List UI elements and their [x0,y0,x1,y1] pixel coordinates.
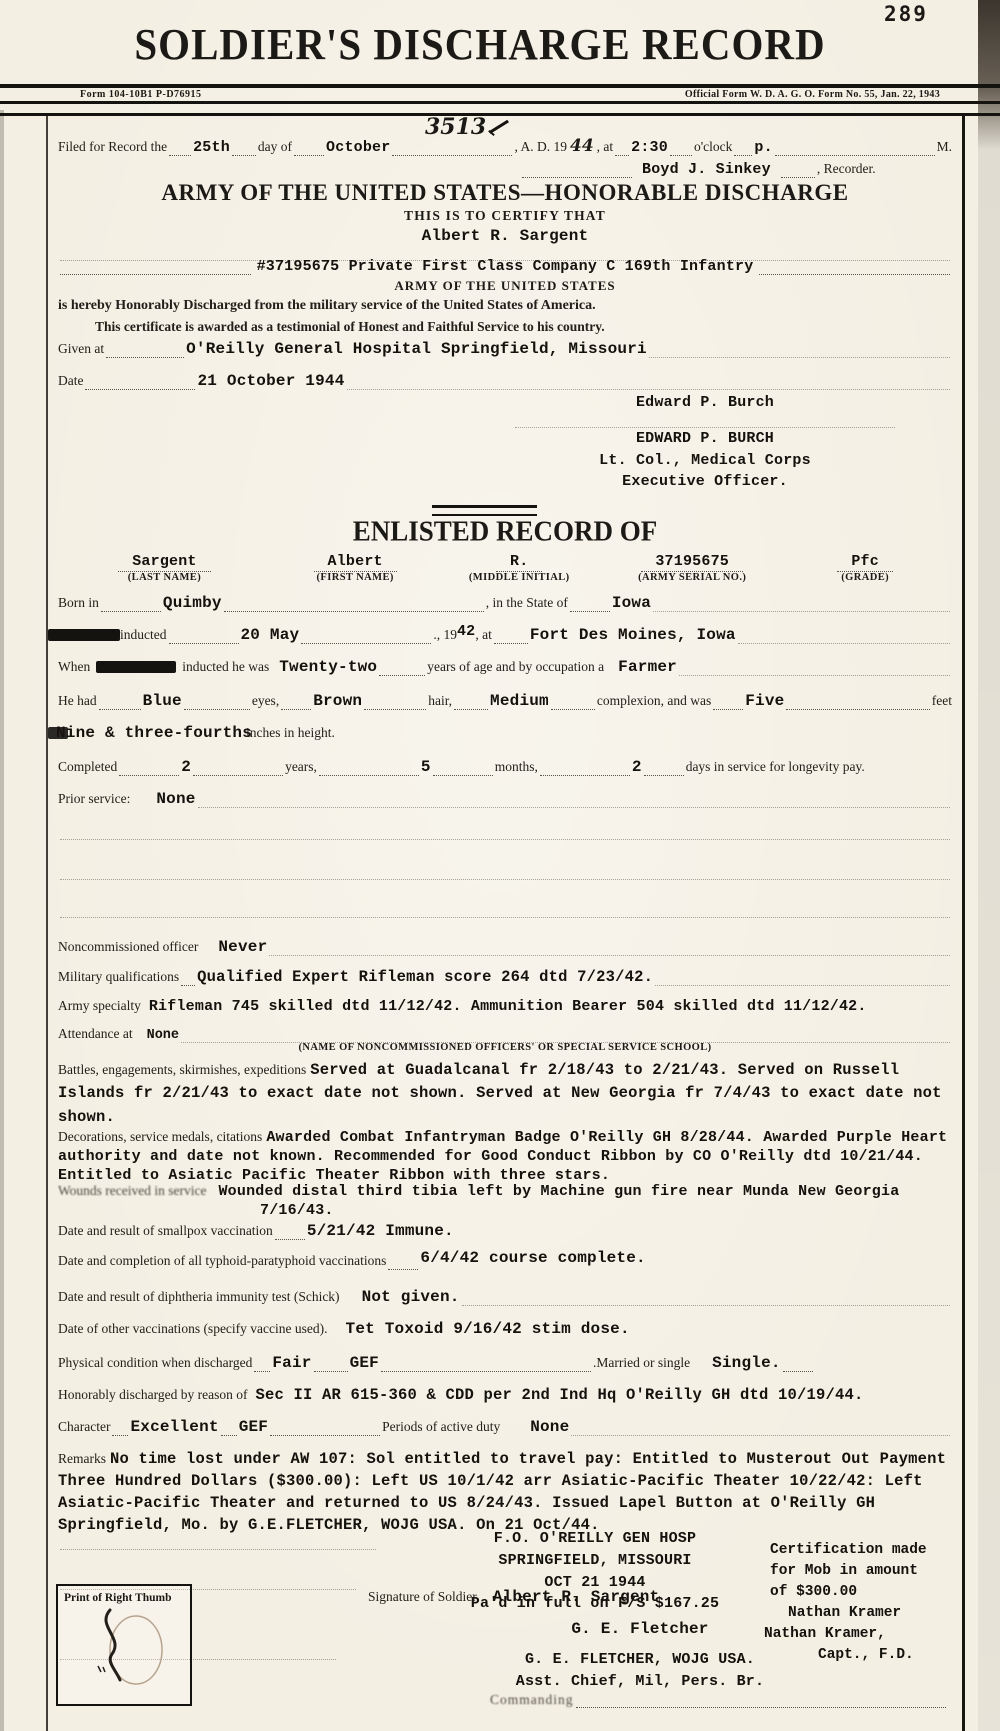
army-of-us-text: ARMY OF THE UNITED STATES [394,278,615,294]
stamp-line-2: SPRINGFIELD, MISSOURI [430,1550,760,1572]
filed-label: Filed for Record the [58,139,167,155]
typhoid-label: Date and completion of all typhoid-parat… [58,1253,386,1269]
dotted-leader [515,414,895,428]
battles-label: Battles, engagements, skirmishes, expedi… [58,1062,306,1077]
dotted-leader [60,1536,376,1550]
redaction-mark [48,629,120,641]
dotted-leader [270,1422,380,1436]
dotted-leader [85,376,195,390]
form-number-right: Official Form W. D. A. G. O. Form No. 55… [685,89,940,100]
dotted-leader [551,696,595,710]
active-duty-value: None [530,1418,569,1436]
dotted-leader [392,142,512,156]
dotted-leader [281,696,311,710]
married-value: Single. [712,1354,781,1372]
field-serial-no: 37195675 (ARMY SERIAL NO.) [599,552,785,583]
soldier-signature: Albert R. Sargent [493,1588,660,1606]
diphtheria-label: Date and result of diphtheria immunity t… [58,1289,340,1305]
dotted-leader [759,261,950,275]
testimonial-text: This certificate is awarded as a testimo… [95,319,605,335]
at-place-label: , at [475,627,492,643]
filed-for-record-row: Filed for Record the 25th day of October… [58,136,952,156]
border-line-right [962,116,965,1731]
certify-line: THIS IS TO CERTIFY THAT [58,208,952,224]
dotted-leader [433,762,493,776]
officer-name: EDWARD P. BURCH [470,428,940,450]
signature-of-soldier-label: Signature of Soldier [368,1589,477,1605]
years-value: 2 [181,758,191,776]
dotted-line [58,1536,378,1550]
officer-role: Executive Officer. [470,471,940,493]
fletcher-signature-block: G. E. Fletcher G. E. FLETCHER, WOJG USA.… [430,1618,850,1693]
certificate-heading: ARMY OF THE UNITED STATES—HONORABLE DISC… [58,180,952,206]
dotted-leader [644,762,684,776]
thumb-print-box: Print of Right Thumb [56,1584,192,1706]
dotted-leader [184,696,250,710]
stamp-line-1: F.O. O'REILLY GEN HOSP [430,1528,760,1550]
born-in-label: Born in [58,595,99,611]
dotted-leader [106,344,184,358]
certificate-heading-text: ARMY OF THE UNITED STATES—HONORABLE DISC… [161,180,848,206]
character-row: Character Excellent GEF Periods of activ… [58,1418,952,1436]
active-duty-label: Periods of active duty [382,1419,500,1435]
dotted-leader [294,142,324,156]
dotted-leader [254,1358,270,1372]
form-number-left: Form 104-10B1 P-D76915 [80,89,202,100]
dotted-leader [781,164,815,178]
soldier-name: Albert R. Sargent [422,227,589,245]
first-name-value: Albert [314,553,397,572]
army-of-us-row: ARMY OF THE UNITED STATES [58,278,952,294]
discharge-reason-row: Honorably discharged by reason of Sec II… [58,1386,952,1404]
field-grade: Pfc (GRADE) [785,552,945,583]
first-name-label: (FIRST NAME) [271,572,440,583]
date-label: Date [58,373,83,389]
dotted-leader [775,142,935,156]
hair-value: Brown [313,692,362,710]
filed-day: 25th [193,139,230,156]
prior-service-label: Prior service: [58,791,130,807]
middle-initial-label: (MIDDLE INITIAL) [439,572,599,583]
typhoid-row: Date and completion of all typhoid-parat… [58,1252,952,1270]
married-label: .Married or single [593,1355,690,1371]
nco-value: Never [218,938,267,956]
age-value: Twenty-two [279,658,377,676]
last-name-value: Sargent [118,553,210,572]
dotted-leader [713,696,743,710]
redaction-mark [96,661,176,673]
military-qualifications-label: Military qualifications [58,969,179,985]
dotted-leader [655,972,950,986]
fletcher-title: Asst. Chief, Mil, Pers. Br. [430,1671,850,1693]
at-label: , at [597,139,614,155]
dotted-leader [112,1422,128,1436]
inducted-he-was-label: inducted he was [182,659,269,675]
day-of-label: day of [258,139,292,155]
dotted-leader [571,1422,950,1436]
military-qualifications-row: Military qualifications Qualified Expert… [58,968,952,986]
soldier-name-row: Albert R. Sargent [58,227,952,245]
smallpox-row: Date and result of smallpox vaccination … [58,1222,952,1240]
unit-line: #37195675 Private First Class Company C … [257,258,754,275]
thumb-print-label: Print of Right Thumb [64,1592,186,1604]
certification-line-2: for Mob in amount [770,1561,970,1582]
year-19-label: ., 19 [433,627,457,643]
hair-label: hair, [428,693,452,709]
dotted-leader [649,344,950,358]
recorder-label: , Recorder. [817,161,876,177]
officer-signature: Edward P. Burch [470,392,940,414]
dotted-leader [269,942,950,956]
inducted-place: Fort Des Moines, Iowa [530,626,736,644]
prior-service-value: None [156,790,195,808]
dotted-leader [275,1226,305,1240]
enlisted-heading-row: ENLISTED RECORD OF [58,516,952,547]
dotted-leader [169,142,191,156]
grade-label: (GRADE) [785,572,945,583]
border-line-left [46,116,48,1731]
dotted-leader [181,1029,950,1043]
dotted-leader [388,1256,418,1270]
testimonial-row: This certificate is awarded as a testimo… [95,319,952,335]
he-had-label: He had [58,693,97,709]
field-middle-initial: R. (MIDDLE INITIAL) [439,552,599,583]
dotted-leader [783,1358,813,1372]
discharge-reason-value: Sec II AR 615-360 & CDD per 2nd Ind Hq O… [255,1386,863,1404]
scan-edge-shadow-left [0,110,4,1731]
dotted-leader [738,630,950,644]
days-value: 2 [632,758,642,776]
decorations-row: Decorations, service medals, citations A… [58,1128,952,1185]
document-title: SOLDIER'S DISCHARGE RECORD [0,18,960,70]
wounds-value: Wounded distal third tibia left by Machi… [218,1183,899,1200]
months-label: months, [495,759,538,775]
wounds-date-row: 7/16/43. [260,1202,952,1219]
field-first-name: Albert (FIRST NAME) [271,552,440,583]
battles-row: Battles, engagements, skirmishes, expedi… [58,1058,952,1128]
dotted-leader [319,762,419,776]
commanding-label: Commanding [490,1692,574,1708]
completed-row: Completed 2 years, 5 months, 2 days in s… [58,758,952,776]
months-value: 5 [421,758,431,776]
physical-condition-value: Fair [272,1354,311,1372]
dotted-leader [221,1422,237,1436]
given-at-value: O'Reilly General Hospital Springfield, M… [186,340,647,358]
wounds-date: 7/16/43. [260,1202,334,1219]
check-mark-icon [488,120,510,134]
given-at-row: Given at O'Reilly General Hospital Sprin… [58,340,952,358]
character-value: Excellent [130,1418,218,1436]
dotted-leader [60,261,251,275]
date-value: 21 October 1944 [197,372,344,390]
m-label: M. [937,139,952,155]
hereby-discharged-row: is hereby Honorably Discharged from the … [58,298,952,314]
dotted-leader [494,630,528,644]
born-in-value: Quimby [163,594,222,612]
discharge-reason-label: Honorably discharged by reason of [58,1387,247,1403]
dotted-leader [653,598,950,612]
dotted-leader [169,630,239,644]
soldier-signature-row: Signature of Soldier Albert R. Sargent [368,1588,952,1606]
occupation-value: Farmer [618,658,677,676]
attendance-row: Attendance at None [58,1026,952,1043]
complexion-label: complexion, and was [597,693,711,709]
military-qualifications-value: Qualified Expert Rifleman score 264 dtd … [197,968,653,986]
dotted-leader [60,904,950,918]
serial-no-value: 37195675 [641,553,743,572]
last-name-label: (LAST NAME) [58,572,271,583]
field-last-name: Sargent (LAST NAME) [58,552,271,583]
height-row: Nine & three-fourths inches in height. [48,724,952,742]
remarks-value: No time lost under AW 107: Sol entitled … [58,1450,946,1534]
smallpox-label: Date and result of smallpox vaccination [58,1223,273,1239]
dotted-leader [301,630,431,644]
unit-row: #37195675 Private First Class Company C … [58,258,952,275]
dotted-leader [454,696,488,710]
officer-signature-block: Edward P. Burch EDWARD P. BURCH Lt. Col.… [470,392,940,493]
serial-no-label: (ARMY SERIAL NO.) [599,572,785,583]
wounds-row: Wounds received in service Wounded dista… [58,1182,952,1201]
dotted-leader [462,1292,950,1306]
height-value: Nine & three-fourths [56,724,252,742]
dotted-leader [679,662,950,676]
born-in-row: Born in Quimby , in the State of Iowa [58,594,952,612]
physical-condition-extra: GEF [350,1354,379,1372]
fletcher-signature: G. E. Fletcher [430,1618,850,1641]
dotted-leader [60,866,950,880]
oclock-label: o'clock [694,139,732,155]
character-extra: GEF [239,1418,268,1436]
nco-row: Noncommissioned officer Never [58,938,952,956]
recorder-name: Boyd J. Sinkey [642,161,771,178]
dotted-leader [381,1358,591,1372]
dotted-leader [224,598,484,612]
smallpox-value: 5/21/42 Immune. [307,1222,454,1240]
prior-service-row: Prior service: None [58,790,952,808]
certification-line-1: Certification made [770,1540,970,1561]
dotted-leader [181,972,195,986]
officer-title: Lt. Col., Medical Corps [470,450,940,472]
state-value: Iowa [612,594,651,612]
decorations-label: Decorations, service medals, citations [58,1129,262,1144]
army-specialty-row: Army specialty Rifleman 745 skilled dtd … [58,998,952,1015]
dotted-leader [734,142,752,156]
date-row: Date 21 October 1944 [58,372,952,390]
dotted-leader [522,164,632,178]
army-specialty-value: Rifleman 745 skilled dtd 11/12/42. Ammun… [149,998,867,1015]
dotted-leader [193,762,283,776]
description-row: He had Blue eyes, Brown hair, Medium com… [58,692,952,710]
dotted-leader [364,696,426,710]
dotted-leader [101,598,161,612]
feet-label: feet [932,693,952,709]
recorder-row: Boyd J. Sinkey , Recorder. [520,161,952,178]
when-label: When [58,659,90,675]
attendance-value: None [147,1028,179,1043]
inducted-year: 42 [457,623,475,640]
diphtheria-value: Not given. [362,1288,460,1306]
completed-label: Completed [58,759,117,775]
dotted-leader [786,696,929,710]
filed-time: 2:30 [631,139,668,156]
inducted-label: inducted [120,627,167,643]
feet-value: Five [745,692,784,710]
name-fields-row: Sargent (LAST NAME) Albert (FIRST NAME) … [58,552,945,583]
fletcher-name: G. E. FLETCHER, WOJG USA. [430,1649,850,1671]
dotted-leader [347,376,950,390]
dotted-line [58,904,952,918]
age-occupation-label: years of age and by occupation a [427,659,604,675]
dotted-leader [379,662,425,676]
dotted-leader [119,762,179,776]
thumb-print-mark [58,1604,186,1690]
other-vaccinations-label: Date of other vaccinations (specify vacc… [58,1321,328,1337]
wounds-label: Wounds received in service [58,1183,206,1198]
eyes-value: Blue [143,692,182,710]
dotted-leader [670,142,692,156]
dotted-leader [570,598,610,612]
school-note-text: (NAME OF NONCOMMISSIONED OFFICERS' OR SP… [298,1042,711,1053]
dotted-leader [615,142,629,156]
hereby-discharged-text: is hereby Honorably Discharged from the … [58,298,596,314]
inducted-row: inducted 20 May ., 19 42 , at Fort Des M… [48,626,952,644]
dotted-leader [60,826,950,840]
nco-label: Noncommissioned officer [58,939,198,955]
attendance-label: Attendance at [58,1026,133,1042]
typhoid-value: 6/4/42 course complete. [420,1249,645,1267]
scan-edge-shadow [978,0,1000,1731]
form-bar: Form 104-10B1 P-D76915 Official Form W. … [0,84,1000,104]
other-vaccinations-row: Date of other vaccinations (specify vacc… [58,1320,952,1338]
dotted-leader [99,696,141,710]
other-vaccinations-value: Tet Toxoid 9/16/42 stim dose. [346,1320,630,1338]
commanding-row: Commanding [490,1692,952,1708]
redaction-mark [48,727,68,739]
dotted-line [58,866,952,880]
physical-condition-row: Physical condition when discharged Fair … [58,1354,952,1372]
years-label: years, [285,759,317,775]
filed-ampm: p. [754,139,772,156]
ad-19-label: , A. D. 19 [514,139,567,155]
when-inducted-row: When inducted he was Twenty-two years of… [58,658,952,676]
given-at-label: Given at [58,341,104,357]
inducted-date: 20 May [241,626,300,644]
complexion-value: Medium [490,692,549,710]
physical-condition-label: Physical condition when discharged [58,1355,252,1371]
dotted-leader [576,1694,946,1708]
certify-text: THIS IS TO CERTIFY THAT [404,208,606,224]
remarks-row: Remarks No time lost under AW 107: Sol e… [58,1448,952,1536]
filed-year: 44 [570,136,594,156]
enlisted-heading-text: ENLISTED RECORD OF [353,515,658,548]
diphtheria-row: Date and result of diphtheria immunity t… [58,1288,952,1306]
dotted-leader [198,794,950,808]
dotted-leader [232,142,256,156]
character-label: Character [58,1419,110,1435]
state-label: , in the State of [486,595,568,611]
dotted-leader [540,762,630,776]
dotted-line [58,826,952,840]
height-label: inches in height. [246,725,335,741]
dotted-leader [314,1358,348,1372]
eyes-label: eyes, [252,693,279,709]
remarks-label: Remarks [58,1451,106,1466]
middle-initial-value: R. [496,553,542,572]
grade-value: Pfc [837,553,893,572]
days-label: days in service for longevity pay. [686,759,865,775]
discharge-record-page: 289 SOLDIER'S DISCHARGE RECORD Form 104-… [0,0,1000,1731]
school-note-row: (NAME OF NONCOMMISSIONED OFFICERS' OR SP… [58,1042,952,1053]
filed-month: October [326,139,390,156]
army-specialty-label: Army specialty [58,998,141,1014]
